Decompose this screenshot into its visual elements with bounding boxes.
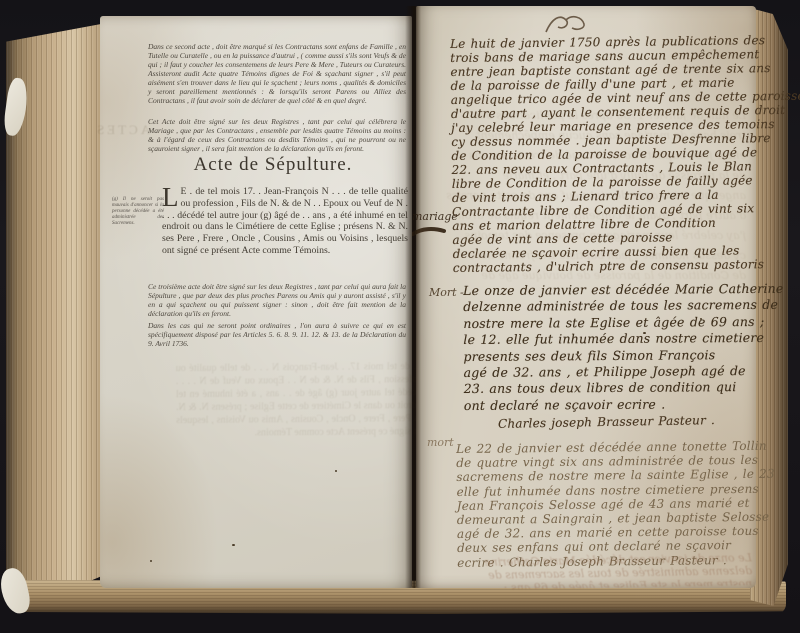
- page-number-flourish-icon: [542, 12, 588, 38]
- burial-act-model-text: LE . de tel mois 17. . Jean-François N .…: [162, 186, 408, 257]
- instruction-paragraph-signatures: Cet Acte doit être signé sur les deux Re…: [148, 117, 406, 153]
- printed-margin-footnote-g: (g) Il ne seroit pas mauvais d'annoncer …: [112, 197, 164, 227]
- burial-act-body: E . de tel mois 17. . Jean-François N . …: [162, 186, 408, 256]
- paper-speck: [700, 318, 702, 320]
- section-heading-acte-de-sepulture: Acte de Sépulture.: [140, 154, 406, 176]
- death-record-entry-1: Le onze de janvier est décédée Marie Cat…: [463, 281, 784, 414]
- instruction-paragraph-marriage-act: Dans ce second acte , doit être marqué s…: [148, 42, 406, 105]
- marriage-record-entry: Le huit de janvier 1750 après la publica…: [450, 33, 800, 275]
- dropcap-letter: L: [162, 186, 181, 208]
- instruction-paragraph-burial-signatures: Ce troisième acte doit être signé sur le…: [148, 282, 406, 318]
- paper-speck: [577, 351, 579, 354]
- paper-speck: [643, 332, 646, 334]
- margin-note-mort-2: mort: [427, 436, 454, 449]
- priest-signature: Charles joseph Brasseur Pasteur .: [498, 413, 715, 431]
- photo-of-open-parish-register: ACTES Dans ce second acte , doit être ma…: [0, 0, 800, 633]
- bleedthrough-text: ACTES: [94, 122, 150, 138]
- bleedthrough-text: E . de tel mois 17. . Jean-François N . …: [176, 360, 427, 440]
- left-page-printed: ACTES Dans ce second acte , doit être ma…: [100, 16, 412, 588]
- paper-speck: [150, 560, 152, 562]
- paper-speck: [232, 544, 235, 546]
- death-record-entry-2: Le 22 de janvier est décédée anne tonett…: [456, 439, 776, 570]
- instruction-paragraph-declaration-1736: Dans les cas qui ne seront point ordinai…: [148, 321, 406, 348]
- paper-speck: [335, 470, 337, 472]
- right-page-handwritten: Le huit de janvier 1750 après la publica…: [416, 6, 756, 588]
- margin-note-mort-1: Mort -: [429, 286, 464, 299]
- book-gutter-shadow: [405, 6, 421, 588]
